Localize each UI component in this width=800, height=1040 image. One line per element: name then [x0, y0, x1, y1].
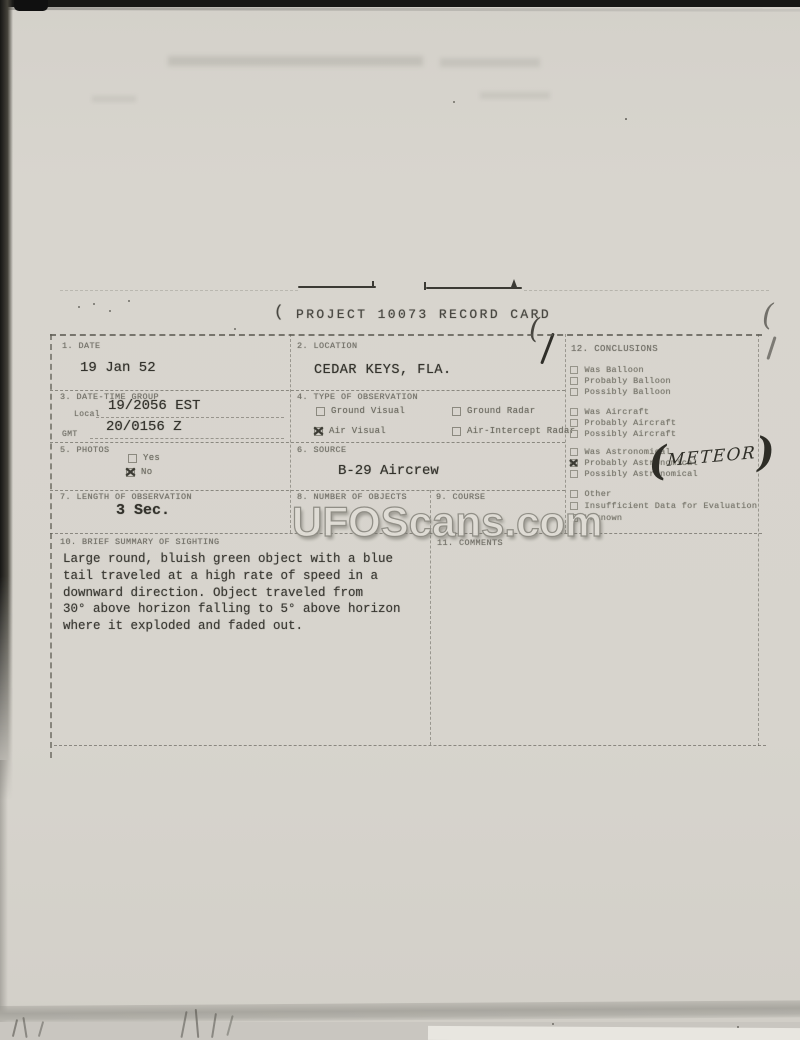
- checkbox-icon: [314, 427, 323, 436]
- scan-speck: [737, 1026, 739, 1028]
- checkbox-icon: [452, 427, 461, 436]
- checkbox-air-intercept-radar: Air-Intercept Radar: [452, 426, 575, 436]
- card-border-bottom: [54, 745, 766, 746]
- card-border-left: [50, 334, 52, 758]
- scan-scratch-line: [298, 286, 376, 288]
- card-border-top: [50, 334, 762, 336]
- checkbox-icon: [570, 366, 578, 374]
- checkbox-label: Air-Intercept Radar: [467, 426, 575, 436]
- checkbox-label: Probably Balloon: [585, 376, 671, 386]
- checkbox-icon: [570, 408, 578, 416]
- local-time-underline: [96, 417, 284, 418]
- conclusion-was-balloon: Was Balloon: [570, 365, 760, 375]
- scan-mark: [0, 7, 800, 12]
- brief-summary-label: 10. BRIEF SUMMARY OF SIGHTING: [60, 538, 220, 548]
- conclusions-label: 12. CONCLUSIONS: [571, 344, 658, 354]
- checkbox-icon: [570, 459, 578, 467]
- scanned-record-card-page: ( ( ( PROJECT 10073 RECORD CARD 1. DATE …: [0, 0, 800, 1040]
- checkbox-label: Was Aircraft: [585, 407, 650, 417]
- scan-speck: [453, 101, 455, 103]
- checkbox-icon: [570, 377, 578, 385]
- checkbox-icon: [316, 407, 325, 416]
- handwritten-meteor-annotation: ( METEOR ): [646, 432, 776, 483]
- checkbox-photos-no: No: [126, 467, 152, 477]
- scan-speck: [78, 306, 80, 308]
- scan-scratch-line: [426, 287, 522, 289]
- scan-mark: [14, 0, 48, 11]
- checkbox-label: Ground Radar: [467, 406, 535, 416]
- checkbox-photos-yes: Yes: [128, 453, 160, 463]
- length-of-observation-value: 3 Sec.: [116, 502, 170, 519]
- scan-speck: [234, 328, 236, 330]
- scan-speck: [128, 300, 130, 302]
- checkbox-icon: [126, 468, 135, 477]
- checkbox-label: Yes: [143, 453, 160, 463]
- scan-speck: [625, 118, 627, 120]
- scan-scratch-line: [524, 290, 769, 291]
- annotation-text: METEOR: [667, 443, 757, 471]
- source-field-value: B-29 Aircrew: [338, 463, 439, 479]
- checkbox-icon: [570, 430, 578, 438]
- gmt-time-value: 20/0156 Z: [106, 419, 182, 435]
- scan-smudge: [168, 56, 423, 66]
- checkbox-icon: [128, 454, 137, 463]
- location-field-label: 2. LOCATION: [297, 342, 358, 352]
- annotation-open-paren: (: [646, 441, 668, 482]
- brief-summary-text: Large round, bluish green object with a …: [63, 551, 435, 635]
- scan-mark: [0, 0, 800, 7]
- gmt-time-label: GMT: [62, 430, 78, 439]
- conclusion-probably-aircraft: Probably Aircraft: [570, 418, 760, 428]
- checkbox-label: Probably Aircraft: [585, 418, 677, 428]
- scan-smudge: [480, 92, 550, 99]
- scan-mark: [0, 0, 13, 800]
- handwritten-paren: (: [762, 298, 774, 333]
- checkbox-icon: [452, 407, 461, 416]
- handwritten-check-stroke: [766, 336, 776, 360]
- date-field-value: 19 Jan 52: [80, 360, 156, 376]
- scan-speck: [109, 310, 111, 312]
- photos-field-label: 5. PHOTOS: [60, 446, 110, 456]
- checkbox-label: Was Balloon: [585, 365, 644, 375]
- scan-speck: [93, 303, 95, 305]
- source-field-label: 6. SOURCE: [297, 446, 347, 456]
- scan-mark: [428, 1026, 800, 1040]
- scan-mark: [0, 1000, 800, 1023]
- conclusion-was-aircraft: Was Aircraft: [570, 407, 760, 417]
- scan-scratch-line: [511, 279, 517, 287]
- gmt-time-underline: [90, 438, 284, 439]
- checkbox-icon: [570, 388, 578, 396]
- row-divider: [50, 490, 565, 491]
- conclusion-possibly-balloon: Possibly Balloon: [570, 387, 760, 397]
- scan-speck: [552, 1023, 554, 1025]
- handwritten-check-stroke: [540, 333, 555, 365]
- row-divider: [50, 390, 565, 391]
- title-paren: (: [274, 303, 284, 321]
- checkbox-label: Insufficient Data for Evaluation: [585, 501, 758, 511]
- checkbox-ground-radar: Ground Radar: [452, 406, 535, 416]
- page-title: PROJECT 10073 RECORD CARD: [296, 307, 551, 322]
- type-of-observation-label: 4. TYPE OF OBSERVATION: [297, 393, 418, 403]
- checkbox-icon: [570, 470, 578, 478]
- scan-smudge: [440, 58, 540, 67]
- annotation-close-paren: ): [754, 432, 776, 473]
- checkbox-air-visual: Air Visual: [314, 426, 386, 436]
- checkbox-icon: [570, 448, 578, 456]
- scan-scratch-line: [60, 290, 298, 291]
- local-time-value: 19/2056 EST: [108, 398, 200, 414]
- checkbox-ground-visual: Ground Visual: [316, 406, 405, 416]
- checkbox-icon: [570, 490, 578, 498]
- column-divider: [290, 334, 291, 533]
- location-field-value: CEDAR KEYS, FLA.: [314, 363, 452, 378]
- scan-mark: [0, 760, 8, 1040]
- checkbox-label: Possibly Balloon: [585, 387, 671, 397]
- scan-scratch-line: [372, 281, 374, 287]
- conclusion-probably-balloon: Probably Balloon: [570, 376, 760, 386]
- scan-smudge: [92, 96, 136, 102]
- row-divider: [50, 442, 565, 443]
- checkbox-label: Air Visual: [329, 426, 386, 436]
- watermark: UFOScans.com: [292, 498, 602, 546]
- checkbox-label: No: [141, 467, 152, 477]
- date-field-label: 1. DATE: [62, 342, 101, 352]
- checkbox-icon: [570, 419, 578, 427]
- checkbox-label: Ground Visual: [331, 406, 405, 416]
